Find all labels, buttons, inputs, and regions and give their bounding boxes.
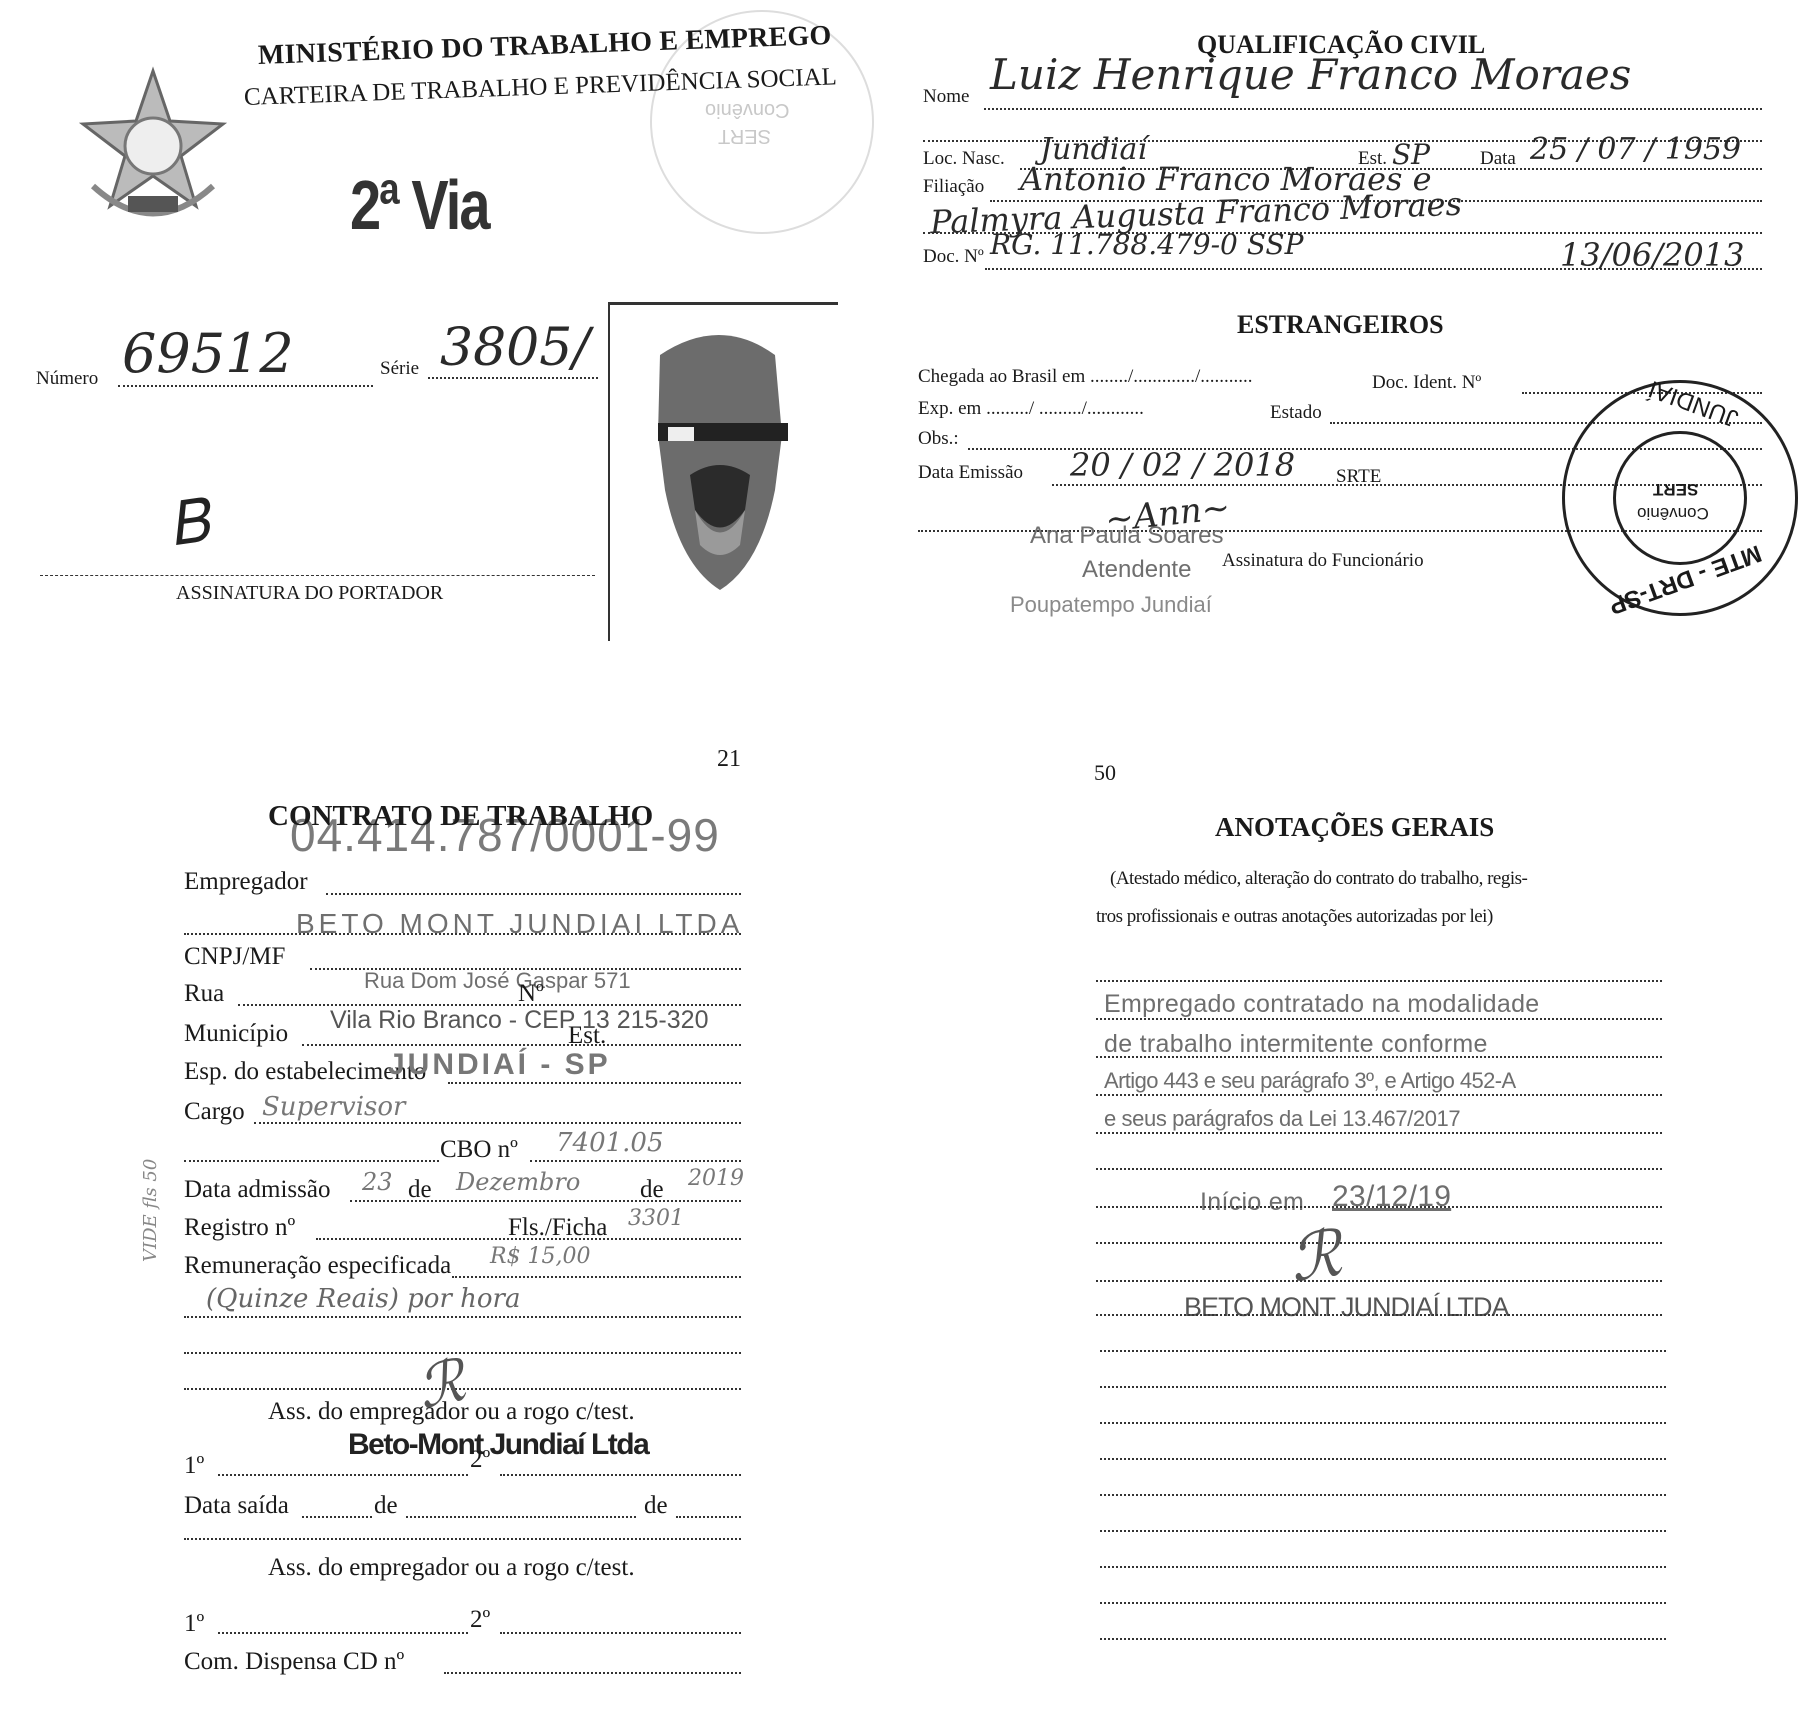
note-line-2: de trabalho intermitente conforme: [1104, 1030, 1488, 1059]
estado-label: Estado: [1270, 402, 1322, 424]
obs-label: Obs.:: [918, 428, 959, 450]
data-emissao-value: 20 / 02 / 2018: [1070, 446, 1295, 484]
round-stamp: JUNDIAÍ MTE - DRT-SP SERT Convênio: [1562, 380, 1798, 616]
admissao-de-2: de: [640, 1176, 664, 1204]
numero-value: 69512: [122, 322, 294, 385]
serie-value: 3805/: [440, 318, 590, 378]
remuneracao-value: R$ 15,00: [490, 1244, 591, 1269]
round-stamp-top: JUNDIAÍ: [1645, 374, 1742, 432]
serie-label: Série: [380, 358, 419, 380]
company-stamp: BETO MONT JUNDIAÍ LTDA: [1184, 1292, 1509, 1323]
saida-label: Data saída: [184, 1492, 289, 1520]
holder-signature: Ᏼ: [165, 486, 214, 561]
attendant-stamp-place: Poupatempo Jundiaí: [1010, 592, 1212, 618]
municipio-value: Vila Rio Branco - CEP 13 215-320: [330, 1006, 708, 1035]
data-label: Data: [1480, 148, 1516, 170]
doc-value: RG. 11.788.479-0 SSP: [990, 228, 1303, 261]
admissao-year: 2019: [688, 1166, 744, 1191]
employer-stamp: Beto-Mont Jundiaí Ltda: [348, 1428, 648, 1462]
ficha-value: 3301: [628, 1206, 684, 1231]
data-nasc-value: 25 / 07 / 1959: [1530, 132, 1741, 167]
portrait-photo: [608, 302, 838, 641]
nome-value: Luiz Henrique Franco Moraes: [990, 50, 1631, 99]
registro-label: Registro nº: [184, 1214, 295, 1242]
rua-value: Rua Dom José Gaspar 571: [364, 968, 631, 994]
second-witness-label: 2º: [470, 1446, 490, 1474]
admissao-label: Data admissão: [184, 1176, 330, 1204]
doc-date: 13/06/2013: [1560, 236, 1744, 274]
filiacao-label: Filiação: [923, 176, 984, 198]
attendant-stamp-role: Atendente: [1082, 556, 1191, 584]
exp-label: Exp. em ........./ ........./...........…: [918, 398, 1144, 420]
numero-label: Número: [36, 368, 98, 390]
remuneracao-extenso: (Quinze Reais) por hora: [206, 1284, 520, 1314]
admissao-day: 23: [362, 1168, 393, 1196]
notes-page-number: 50: [1094, 760, 1116, 786]
holder-signature-label: ASSINATURA DO PORTADOR: [176, 582, 443, 605]
empregador-value: BETO MONT JUNDIAI LTDA: [296, 908, 743, 940]
margin-note: VIDE fls 50: [140, 1159, 161, 1262]
cbo-label: CBO nº: [440, 1136, 518, 1164]
data-emissao-label: Data Emissão: [918, 462, 1023, 484]
loc-nasc-label: Loc. Nasc.: [923, 148, 1005, 170]
numero-label-contract: Nº: [518, 980, 544, 1008]
saida-de-1: de: [374, 1492, 398, 1520]
second-witness-label-2: 2º: [470, 1606, 490, 1634]
faded-stamp-text-1: Convênio: [705, 98, 790, 121]
estrangeiros-title: ESTRANGEIROS: [1237, 310, 1444, 340]
notes-subtitle-2: tros profissionais e outras anotações au…: [1096, 906, 1493, 928]
contract-title: CONTRATO DE TRABALHO: [268, 800, 653, 833]
copy-mark: 2ª Via: [350, 164, 488, 245]
esp-value: JUNDIAÍ - SP: [388, 1048, 611, 1082]
doc-label: Doc. Nº: [923, 246, 984, 268]
rua-label: Rua: [184, 980, 224, 1008]
doc-ident-label: Doc. Ident. Nº: [1372, 372, 1481, 394]
chegada-label: Chegada ao Brasil em ......../..........…: [918, 366, 1253, 388]
remuneracao-label: Remuneração especificada: [184, 1252, 451, 1280]
inicio-label: Início em: [1200, 1188, 1304, 1217]
cnpj-label: CNPJ/MF: [184, 943, 285, 971]
ficha-label: Fls./Ficha: [508, 1214, 607, 1242]
cargo-label: Cargo: [184, 1098, 245, 1126]
note-line-3: Artigo 443 e seu parágrafo 3º, e Artigo …: [1104, 1068, 1516, 1094]
est-label-contract: Est.: [568, 1022, 606, 1050]
coat-of-arms-icon: [78, 66, 228, 236]
ass-label-2: Ass. do empregador ou a rogo c/test.: [268, 1554, 635, 1582]
notes-title: ANOTAÇÕES GERAIS: [1215, 812, 1494, 843]
inicio-value: 23/12/19: [1332, 1180, 1451, 1214]
note-line-4: e seus parágrafos da Lei 13.467/2017: [1104, 1106, 1460, 1132]
cargo-value: Supervisor: [262, 1092, 405, 1122]
round-stamp-inner-2: Convênio: [1637, 503, 1709, 523]
admissao-de-1: de: [408, 1176, 432, 1204]
dispensa-label: Com. Dispensa CD nº: [184, 1648, 404, 1676]
admissao-month: Dezembro: [456, 1168, 580, 1196]
notes-subtitle-1: (Atestado médico, alteração do contrato …: [1110, 868, 1527, 890]
first-witness-label: 1º: [184, 1452, 204, 1480]
ass-label-1: Ass. do empregador ou a rogo c/test.: [268, 1398, 635, 1426]
cbo-value: 7401.05: [556, 1128, 664, 1158]
attendant-stamp-name: Ana Paula Soares: [1030, 522, 1223, 550]
srte-label: SRTE: [1336, 466, 1381, 488]
round-stamp-inner-1: SERT: [1653, 479, 1698, 499]
official-signature-label: Assinatura do Funcionário: [1222, 550, 1424, 572]
municipio-label: Município: [184, 1020, 288, 1048]
note-line-1: Empregado contratado na modalidade: [1104, 990, 1540, 1019]
saida-de-2: de: [644, 1492, 668, 1520]
empregador-label: Empregador: [184, 868, 308, 896]
nome-label: Nome: [923, 86, 969, 108]
notes-signature: ℛ: [1285, 1217, 1346, 1297]
first-witness-label-2: 1º: [184, 1610, 204, 1638]
contract-page-number: 21: [717, 746, 741, 773]
faded-stamp-text-2: SERT: [718, 124, 771, 147]
